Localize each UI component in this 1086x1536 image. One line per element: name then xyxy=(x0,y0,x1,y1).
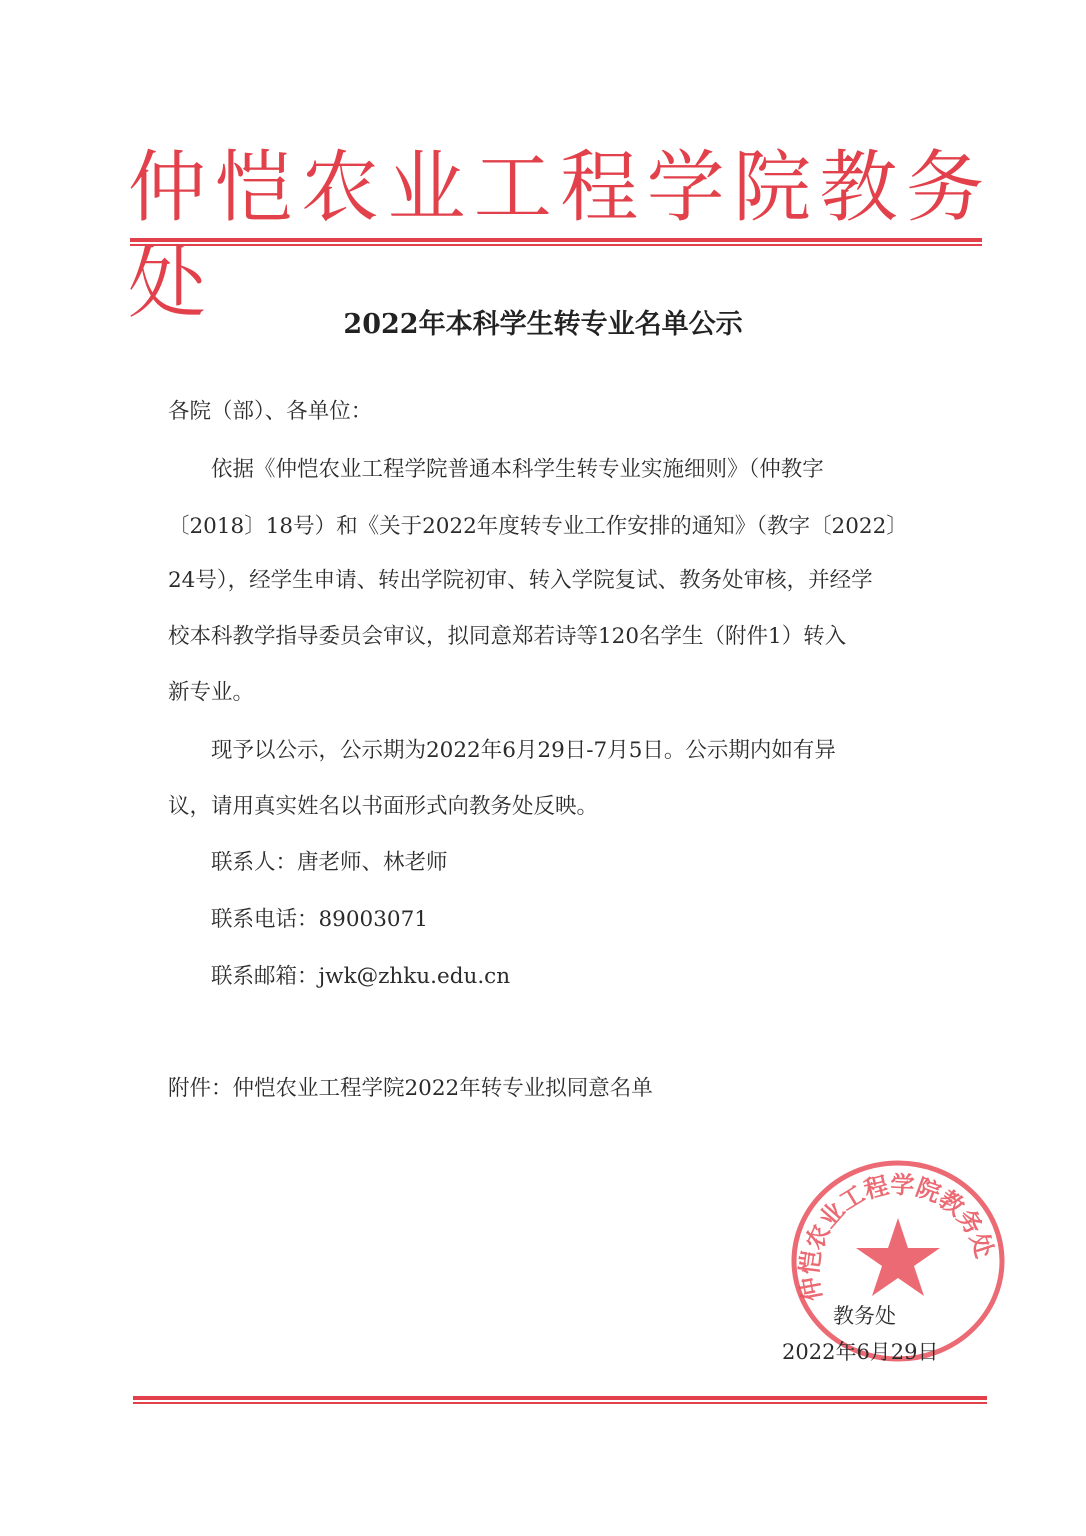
body-line: 现予以公示，公示期为2022年6月29日-7月5日。公示期内如有异 xyxy=(168,736,836,765)
signature-office: 教务处 xyxy=(833,1300,896,1330)
body-line: 议，请用真实姓名以书面形式向教务处反映。 xyxy=(168,792,598,821)
official-seal: 仲恺农业工程学院教务处 xyxy=(788,1158,1008,1364)
footer-divider xyxy=(133,1396,987,1404)
star-icon xyxy=(856,1218,940,1296)
letterhead-divider xyxy=(130,238,982,246)
body-line: 24号），经学生申请、转出学院初审、转入学院复试、教务处审核，并经学 xyxy=(168,566,873,595)
letterhead-org-name: 仲恺农业工程学院教务处 xyxy=(128,140,984,236)
document-title: 2022年本科学生转专业名单公示 xyxy=(0,300,1086,350)
contact-person: 联系人：唐老师、林老师 xyxy=(168,848,448,877)
contact-phone: 联系电话：89003071 xyxy=(168,905,428,934)
body-line: 〔2018〕18号）和《关于2022年度转专业工作安排的通知》（教字〔2022〕 xyxy=(168,512,908,541)
signature-date: 2022年6月29日 xyxy=(782,1336,939,1366)
contact-email: 联系邮箱：jwk@zhku.edu.cn xyxy=(168,962,510,991)
body-line: 校本科教学指导委员会审议，拟同意郑若诗等120名学生（附件1）转入 xyxy=(168,622,846,651)
body-line: 依据《仲恺农业工程学院普通本科学生转专业实施细则》（仲教字 xyxy=(168,455,824,484)
attachment-note: 附件：仲恺农业工程学院2022年转专业拟同意名单 xyxy=(168,1074,653,1103)
body-line: 新专业。 xyxy=(168,678,254,707)
seal-icon: 仲恺农业工程学院教务处 xyxy=(788,1158,1008,1364)
salutation: 各院（部）、各单位： xyxy=(168,397,372,426)
